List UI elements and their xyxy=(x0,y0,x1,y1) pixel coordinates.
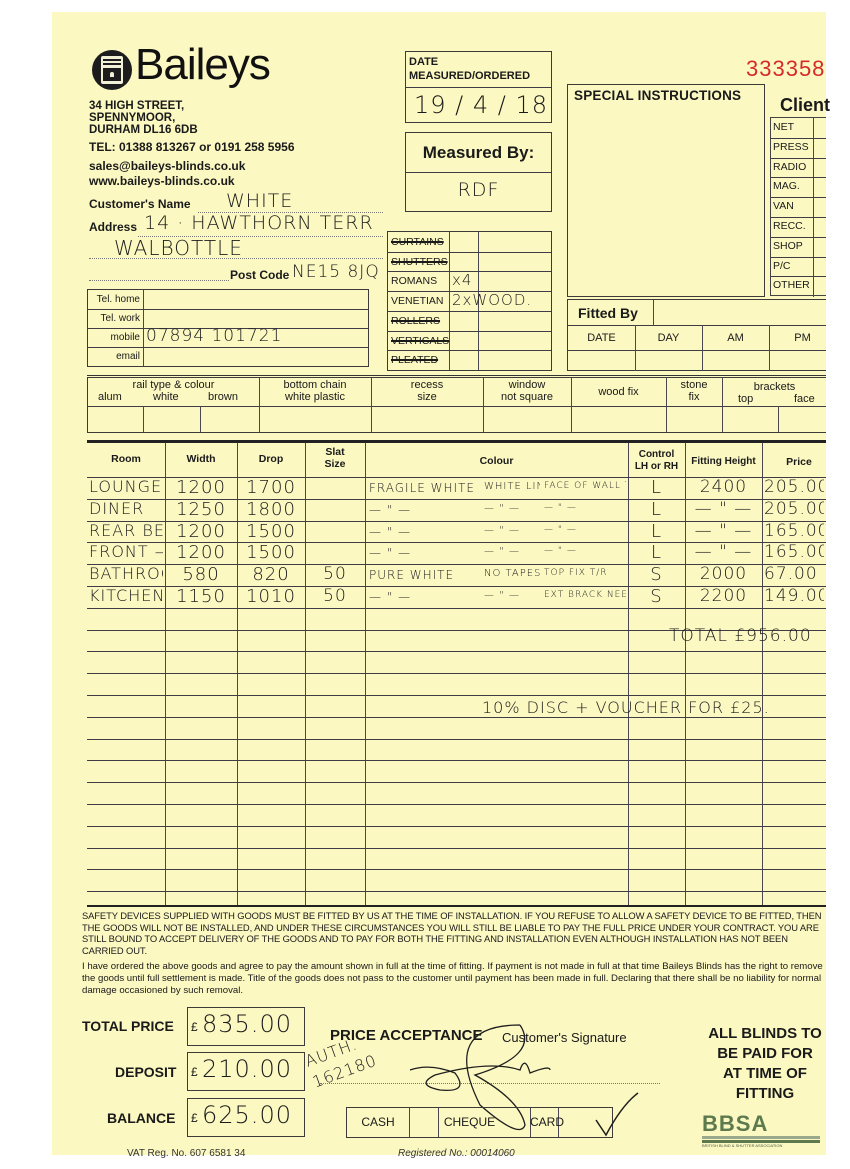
client-source-van: VAN xyxy=(773,200,794,212)
cell-room[interactable]: FRONT — " — xyxy=(89,542,163,561)
product-type-shutters: SHUTTERS xyxy=(391,256,448,268)
product-type-romans: ROMANS xyxy=(391,275,437,287)
brackets-top-header: top xyxy=(738,393,753,405)
cell-control[interactable]: S xyxy=(630,586,683,607)
cell-lining[interactable]: — " — xyxy=(484,525,540,536)
total-price-value: 835.00 xyxy=(202,1010,292,1038)
safety-terms: SAFETY DEVICES SUPPLIED WITH GOODS MUST … xyxy=(82,910,826,958)
mobile-value[interactable]: 07894 101721 xyxy=(146,326,282,346)
fitted-day-header: DAY xyxy=(635,332,702,344)
card-checkmark-icon xyxy=(592,1090,642,1140)
product-type-rollers: ROLLERS xyxy=(391,315,440,327)
brown-header: brown xyxy=(208,391,238,403)
total-price-field[interactable]: £ 835.00 xyxy=(187,1007,305,1046)
cell-width[interactable]: 580 xyxy=(167,564,235,585)
cell-fix[interactable]: FACE OF WALL T/R xyxy=(544,481,626,491)
product-type-quantity[interactable]: 2xWOOD. xyxy=(452,291,532,309)
client-source-mag: MAG. xyxy=(773,180,800,192)
cell-price[interactable]: 165.00 xyxy=(764,521,824,541)
client-source-shop: SHOP xyxy=(773,240,803,252)
client-source-label: Client xyxy=(780,95,830,116)
measured-by-box: Measured By: RDF xyxy=(405,132,552,212)
customer-name-value[interactable]: WHITE xyxy=(226,190,293,212)
product-type-pleated: PLEATED xyxy=(391,354,438,366)
cell-width[interactable]: 1200 xyxy=(167,477,235,498)
fitted-date-header: DATE xyxy=(568,332,635,344)
postcode-label: Post Code xyxy=(230,268,289,282)
client-source-checkbox[interactable] xyxy=(814,118,828,137)
cell-drop[interactable]: 1010 xyxy=(239,586,303,607)
cell-drop[interactable]: 1700 xyxy=(239,477,303,498)
cell-drop[interactable]: 1800 xyxy=(239,499,303,520)
cell-colour[interactable]: — " — xyxy=(369,590,480,604)
address-line1-value[interactable]: 14 · HAWTHORN TERR xyxy=(144,212,374,234)
email-field[interactable] xyxy=(145,347,367,366)
cell-room[interactable]: LOUNGE xyxy=(89,477,163,496)
cell-fitting-height[interactable]: 2000 xyxy=(687,564,760,584)
cell-price[interactable]: 67.00 xyxy=(764,564,824,584)
client-source-checkbox[interactable] xyxy=(814,177,828,196)
cell-price[interactable]: 149.00 xyxy=(764,586,824,606)
cell-fitting-height[interactable]: — " — xyxy=(687,521,760,541)
company-name: Baileys xyxy=(135,40,270,90)
company-phone: TEL: 01388 813267 or 0191 258 5956 xyxy=(89,140,295,154)
cell-lining[interactable]: — " — xyxy=(484,546,540,557)
bottom-chain-header: bottom chainwhite plastic xyxy=(259,379,371,403)
brackets-header: brackets xyxy=(722,381,827,393)
table-row: DINER12501800— " —— " —— " —L— " —205.00 xyxy=(87,499,826,521)
address-line-1: 34 HIGH STREET, xyxy=(89,100,198,112)
client-source-checkbox[interactable] xyxy=(814,217,828,236)
cell-fix[interactable]: EXT BRACK NEEDED T/R xyxy=(544,590,626,600)
tel-home-label: Tel. home xyxy=(90,294,140,305)
cell-control[interactable]: L xyxy=(630,499,683,520)
payment-card-label: CARD xyxy=(530,1115,558,1129)
control-header: ControlLH or RH xyxy=(628,449,685,473)
address-line-3: DURHAM DL16 6DB xyxy=(89,124,198,136)
address-line2-value[interactable]: WALBOTTLE xyxy=(114,236,243,260)
cell-slat[interactable]: 50 xyxy=(307,564,363,584)
bbsa-logo-icon: BBSA BRITISH BLIND & SHUTTER ASSOCIATION xyxy=(702,1113,820,1148)
mobile-label: mobile xyxy=(90,332,140,343)
cell-lining[interactable]: — " — xyxy=(484,590,540,601)
cell-slat[interactable]: 50 xyxy=(307,586,363,606)
deposit-value: 210.00 xyxy=(202,1055,292,1083)
cell-width[interactable]: 1150 xyxy=(167,586,235,607)
cell-drop[interactable]: 1500 xyxy=(239,521,303,542)
slat-size-header: SlatSize xyxy=(305,446,365,470)
baileys-logo-icon xyxy=(92,50,132,90)
alum-header: alum xyxy=(98,391,122,403)
product-type-verticals: VERTICALS xyxy=(391,335,449,347)
payment-cash-label: CASH xyxy=(347,1115,409,1129)
cell-room[interactable]: REAR BED xyxy=(89,521,163,540)
wood-fix-header: wood fix xyxy=(571,386,666,398)
drop-header: Drop xyxy=(237,453,305,465)
cell-fitting-height[interactable]: 2400 xyxy=(687,477,760,497)
client-source-other: OTHER xyxy=(773,279,810,291)
payment-cash-checkbox[interactable] xyxy=(409,1108,438,1137)
cell-colour[interactable]: PURE WHITE xyxy=(369,568,480,582)
postcode-value[interactable]: NE15 8JQ xyxy=(292,262,380,282)
cell-fitting-height[interactable]: 2200 xyxy=(687,586,760,606)
discount-note: 10% DISC + VOUCHER FOR £25. xyxy=(482,698,770,717)
tel-work-label: Tel. work xyxy=(90,313,140,324)
brackets-face-header: face xyxy=(794,393,815,405)
currency-symbol: £ xyxy=(191,1111,198,1125)
cell-lining[interactable]: — " — xyxy=(484,503,540,514)
cell-price[interactable]: 165.00 xyxy=(764,542,824,562)
stone-fix-header: stonefix xyxy=(666,379,722,403)
agreement-terms: I have ordered the above goods and agree… xyxy=(82,961,826,999)
cell-width[interactable]: 1250 xyxy=(167,499,235,520)
cell-lining[interactable]: WHITE LINED xyxy=(484,481,540,492)
product-type-curtains: CURTAINS xyxy=(391,236,444,248)
cell-fitting-height[interactable]: — " — xyxy=(687,499,760,519)
cell-width[interactable]: 1200 xyxy=(167,542,235,563)
client-source-checkbox[interactable] xyxy=(814,138,828,157)
company-website[interactable]: www.baileys-blinds.co.uk xyxy=(89,174,235,188)
cell-fix[interactable]: — " — xyxy=(544,503,626,513)
product-type-table: CURTAINSSHUTTERSROMANSx4VENETIAN2xWOOD.R… xyxy=(387,231,552,371)
product-type-quantity[interactable]: x4 xyxy=(452,271,472,289)
colour-header: Colour xyxy=(365,455,628,467)
cell-room[interactable]: BATHROOM xyxy=(89,564,163,583)
table-row: BATHROOM58082050PURE WHITENO TAPESTOP FI… xyxy=(87,564,826,586)
payment-cheque-checkbox[interactable] xyxy=(501,1108,530,1137)
width-header: Width xyxy=(165,453,237,465)
price-header: Price xyxy=(762,456,836,468)
date-measured-value[interactable]: 19 / 4 / 18 xyxy=(414,91,548,119)
recess-size-header: recesssize xyxy=(371,379,483,403)
special-instructions-box[interactable]: SPECIAL INSTRUCTIONS xyxy=(567,84,765,297)
table-row: KITCHEN1150101050— " —— " —EXT BRACK NEE… xyxy=(87,586,826,608)
payment-cheque-label: CHEQUE xyxy=(438,1115,501,1129)
table-row: FRONT — " —12001500— " —— " —— " —L— " —… xyxy=(87,542,826,564)
total-price-label: TOTAL PRICE xyxy=(82,1018,174,1034)
measured-by-value[interactable]: RDF xyxy=(406,179,551,201)
cell-colour[interactable]: — " — xyxy=(369,503,480,517)
client-source-net: NET xyxy=(773,121,794,133)
customer-name-label: Customer's Name xyxy=(89,197,191,211)
cell-drop[interactable]: 1500 xyxy=(239,542,303,563)
deposit-field[interactable]: £ 210.00 xyxy=(187,1052,305,1091)
client-source-radio: RADIO xyxy=(773,161,806,173)
cell-fix[interactable]: — " — xyxy=(544,546,626,556)
cell-fix[interactable]: — " — xyxy=(544,525,626,535)
tel-home-field[interactable] xyxy=(145,290,367,309)
client-source-checkbox[interactable] xyxy=(814,237,828,256)
white-header: white xyxy=(153,391,179,403)
cell-width[interactable]: 1200 xyxy=(167,521,235,542)
balance-value: 625.00 xyxy=(202,1101,292,1129)
cell-fitting-height[interactable]: — " — xyxy=(687,542,760,562)
phone-table: Tel. home Tel. work mobile email 07894 1… xyxy=(87,289,369,367)
company-email[interactable]: sales@baileys-blinds.co.uk xyxy=(89,159,245,173)
cell-drop[interactable]: 820 xyxy=(239,564,303,585)
fitted-pm-header: PM xyxy=(769,332,836,344)
payment-method-table: CASH CHEQUE CARD xyxy=(346,1107,613,1138)
cell-room[interactable]: KITCHEN xyxy=(89,586,163,605)
address-line-2: SPENNYMOOR, xyxy=(89,112,198,124)
date-label: DATE MEASURED/ORDERED xyxy=(409,55,530,83)
fitted-am-header: AM xyxy=(702,332,769,344)
options-table: rail type & colour alum white brown bott… xyxy=(87,377,826,433)
cell-lining[interactable]: NO TAPES xyxy=(484,568,540,579)
table-row: LOUNGE12001700FRAGILE WHITEWHITE LINEDFA… xyxy=(87,477,826,499)
balance-field[interactable]: £ 625.00 xyxy=(187,1098,305,1137)
cell-control[interactable]: L xyxy=(630,521,683,542)
address-label: Address xyxy=(89,220,137,234)
fitted-by-label: Fitted By xyxy=(578,305,638,321)
client-source-recc: RECC. xyxy=(773,220,806,232)
client-source-table: NETPRESSRADIOMAG.VANRECC.SHOPP/COTHER xyxy=(770,117,826,296)
client-source-pc: P/C xyxy=(773,260,791,272)
vat-number: VAT Reg. No. 607 6581 34 xyxy=(127,1148,245,1159)
product-type-venetian: VENETIAN xyxy=(391,295,444,307)
balance-label: BALANCE xyxy=(107,1110,175,1126)
client-source-checkbox[interactable] xyxy=(814,276,828,295)
special-instructions-label: SPECIAL INSTRUCTIONS xyxy=(574,88,741,103)
email-label: email xyxy=(90,351,140,362)
currency-symbol: £ xyxy=(191,1020,198,1034)
cell-room[interactable]: DINER xyxy=(89,499,163,518)
date-measured-box: DATE MEASURED/ORDERED 19 / 4 / 18 xyxy=(405,51,552,123)
registered-number: Registered No.: 00014060 xyxy=(398,1148,515,1159)
measured-by-label: Measured By: xyxy=(406,143,551,163)
measurements-table: Room Width Drop SlatSize Colour ControlL… xyxy=(87,443,826,905)
cell-control[interactable]: S xyxy=(630,564,683,585)
cell-fix[interactable]: TOP FIX T/R xyxy=(544,568,626,578)
cell-colour[interactable]: FRAGILE WHITE xyxy=(369,481,480,495)
cell-price[interactable]: 205.00 xyxy=(764,477,824,497)
client-source-press: PRESS xyxy=(773,141,809,153)
company-address: 34 HIGH STREET, SPENNYMOOR, DURHAM DL16 … xyxy=(89,100,198,136)
client-source-checkbox[interactable] xyxy=(814,158,828,177)
window-not-square-header: windownot square xyxy=(483,379,571,403)
cell-price[interactable]: 205.00 xyxy=(764,499,824,519)
deposit-label: DEPOSIT xyxy=(115,1064,176,1080)
table-row: REAR BED12001500— " —— " —— " —L— " —165… xyxy=(87,521,826,543)
cell-control[interactable]: L xyxy=(630,542,683,563)
rail-type-header: rail type & colour xyxy=(88,379,259,391)
room-header: Room xyxy=(87,453,165,465)
payment-notice: ALL BLINDS TO BE PAID FOR AT TIME OF FIT… xyxy=(690,1024,840,1104)
cell-control[interactable]: L xyxy=(630,477,683,498)
fitted-by-table: Fitted By DATE DAY AM PM xyxy=(567,299,826,371)
cell-colour[interactable]: — " — xyxy=(369,546,480,560)
order-number: 333358 xyxy=(746,56,825,82)
fitting-height-header: Fitting Height xyxy=(685,456,762,467)
client-source-checkbox[interactable] xyxy=(814,257,828,276)
currency-symbol: £ xyxy=(191,1065,198,1079)
cell-colour[interactable]: — " — xyxy=(369,525,480,539)
total-note: TOTAL £956.00 xyxy=(669,626,812,646)
client-source-checkbox[interactable] xyxy=(814,197,828,216)
